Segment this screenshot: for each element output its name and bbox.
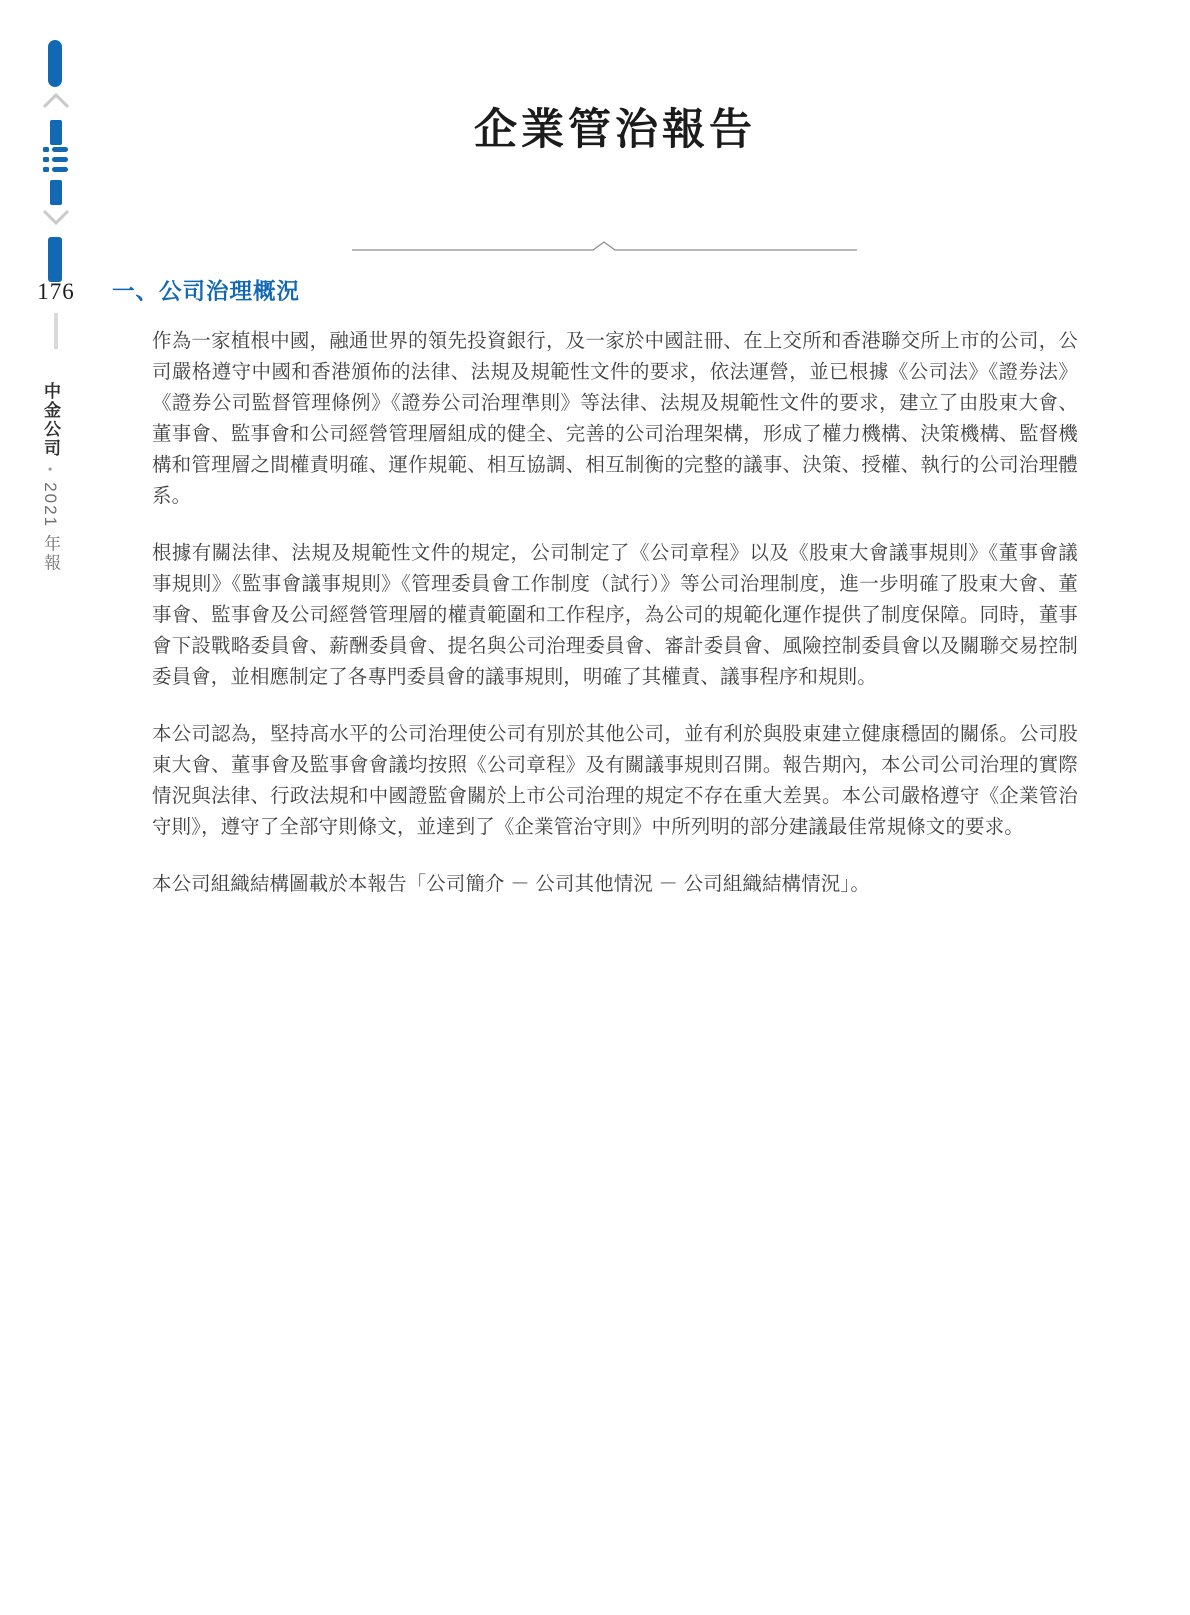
page-number: 176 <box>20 279 92 305</box>
paragraph: 根據有關法律、法規及規範性文件的規定，公司制定了《公司章程》以及《股東大會議事規… <box>152 538 1078 693</box>
paragraph: 本公司認為，堅持高水平的公司治理使公司有別於其他公司，並有利於與股東建立健康穩固… <box>152 719 1078 843</box>
title-divider-ornament <box>352 240 857 254</box>
brand-separator-dot: • <box>43 458 57 482</box>
body-text: 作為一家植根中國，融通世界的領先投資銀行，及一家於中國註冊、在上交所和香港聯交所… <box>152 326 1078 900</box>
report-edition: 2021 年報 <box>41 482 60 573</box>
vertical-bar-icon <box>50 180 62 205</box>
paragraph: 本公司組織結構圖載於本報告「公司簡介 － 公司其他情況 － 公司組織結構情況」。 <box>152 869 1078 900</box>
spine-brand-text: 中金公司•2021 年報 <box>38 382 63 573</box>
vertical-bar-icon <box>48 237 62 282</box>
chevron-down-icon <box>42 208 70 226</box>
vertical-bar-icon <box>50 120 62 145</box>
brand-name: 中金公司 <box>41 382 60 458</box>
section-heading: 一、公司治理概況 <box>112 274 300 306</box>
page-number-tick <box>54 313 58 349</box>
paragraph: 作為一家植根中國，融通世界的領先投資銀行，及一家於中國註冊、在上交所和香港聯交所… <box>152 326 1078 512</box>
chevron-up-icon <box>42 92 70 110</box>
vertical-bar-icon <box>48 40 62 87</box>
page-title: 企業管治報告 <box>152 96 1078 157</box>
report-page: 176 中金公司•2021 年報 企業管治報告 一、公司治理概況 作為一家植根中… <box>0 0 1190 1615</box>
list-icon <box>43 147 68 174</box>
